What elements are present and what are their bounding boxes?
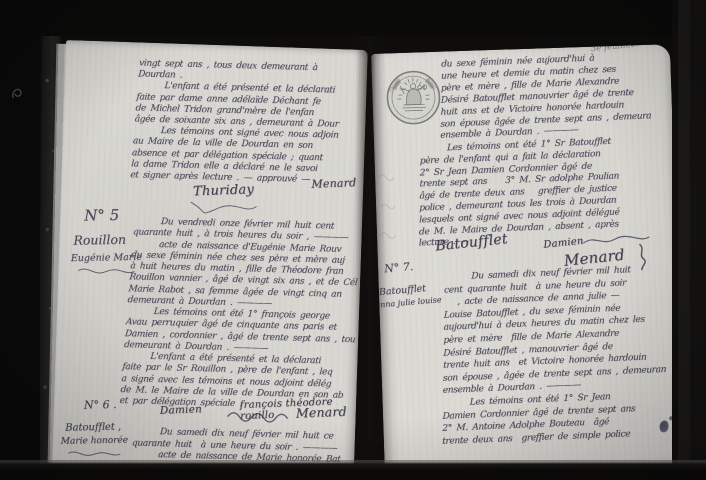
entry7-margin-name: Batoufflet: [378, 283, 426, 298]
continuation-paragraph: vingt sept ans , tous deux demeurant àDo…: [130, 58, 368, 187]
entry7-body: Du samedi dix neuf février mil huitcent …: [442, 262, 684, 448]
right-page: 3e feuillet TIMBRE ROYAL du sexe féminin…: [371, 44, 684, 478]
signature-menard-1: Menard: [311, 176, 356, 191]
signature-menard-2: Menard: [296, 404, 347, 421]
entry5-margin-name: Rouillon: [73, 232, 126, 248]
signature-damien-1: Damien: [160, 403, 203, 417]
scanner-background-right: [672, 0, 706, 480]
signature-scribble: [225, 410, 293, 424]
entry6-continuation-beside-stamp: du sexe féminin née aujourd'hui àune heu…: [440, 51, 665, 143]
entry6-margin-firstnames: Marie honorée: [61, 436, 129, 447]
margin-flourish: [66, 448, 122, 460]
entry6-margin-name: Batoufflet ,: [65, 422, 121, 434]
entry7-margin-number: N° 7.: [384, 260, 414, 275]
dust-scratch-mark: [10, 84, 24, 102]
entry5-margin-number: N° 5: [84, 206, 119, 225]
scanner-background-bottom: [0, 460, 706, 480]
scanner-background-left: [0, 0, 40, 480]
margin-flourish: [76, 264, 136, 278]
book-gutter-shadow: [355, 36, 385, 466]
left-page: vingt sept ans , tous deux demeurant àDo…: [52, 40, 368, 474]
signature-thuriday: Thuriday: [193, 182, 254, 199]
register-scan: vingt sept ans , tous deux demeurant àDo…: [0, 0, 706, 480]
entry5-body: Du vendredi onze février mil huit centqu…: [119, 216, 368, 413]
entry6-margin-number: N° 6 .: [84, 398, 117, 412]
scanner-background-top: [0, 0, 706, 36]
timbre-royal-stamp-icon: TIMBRE ROYAL: [384, 68, 444, 128]
